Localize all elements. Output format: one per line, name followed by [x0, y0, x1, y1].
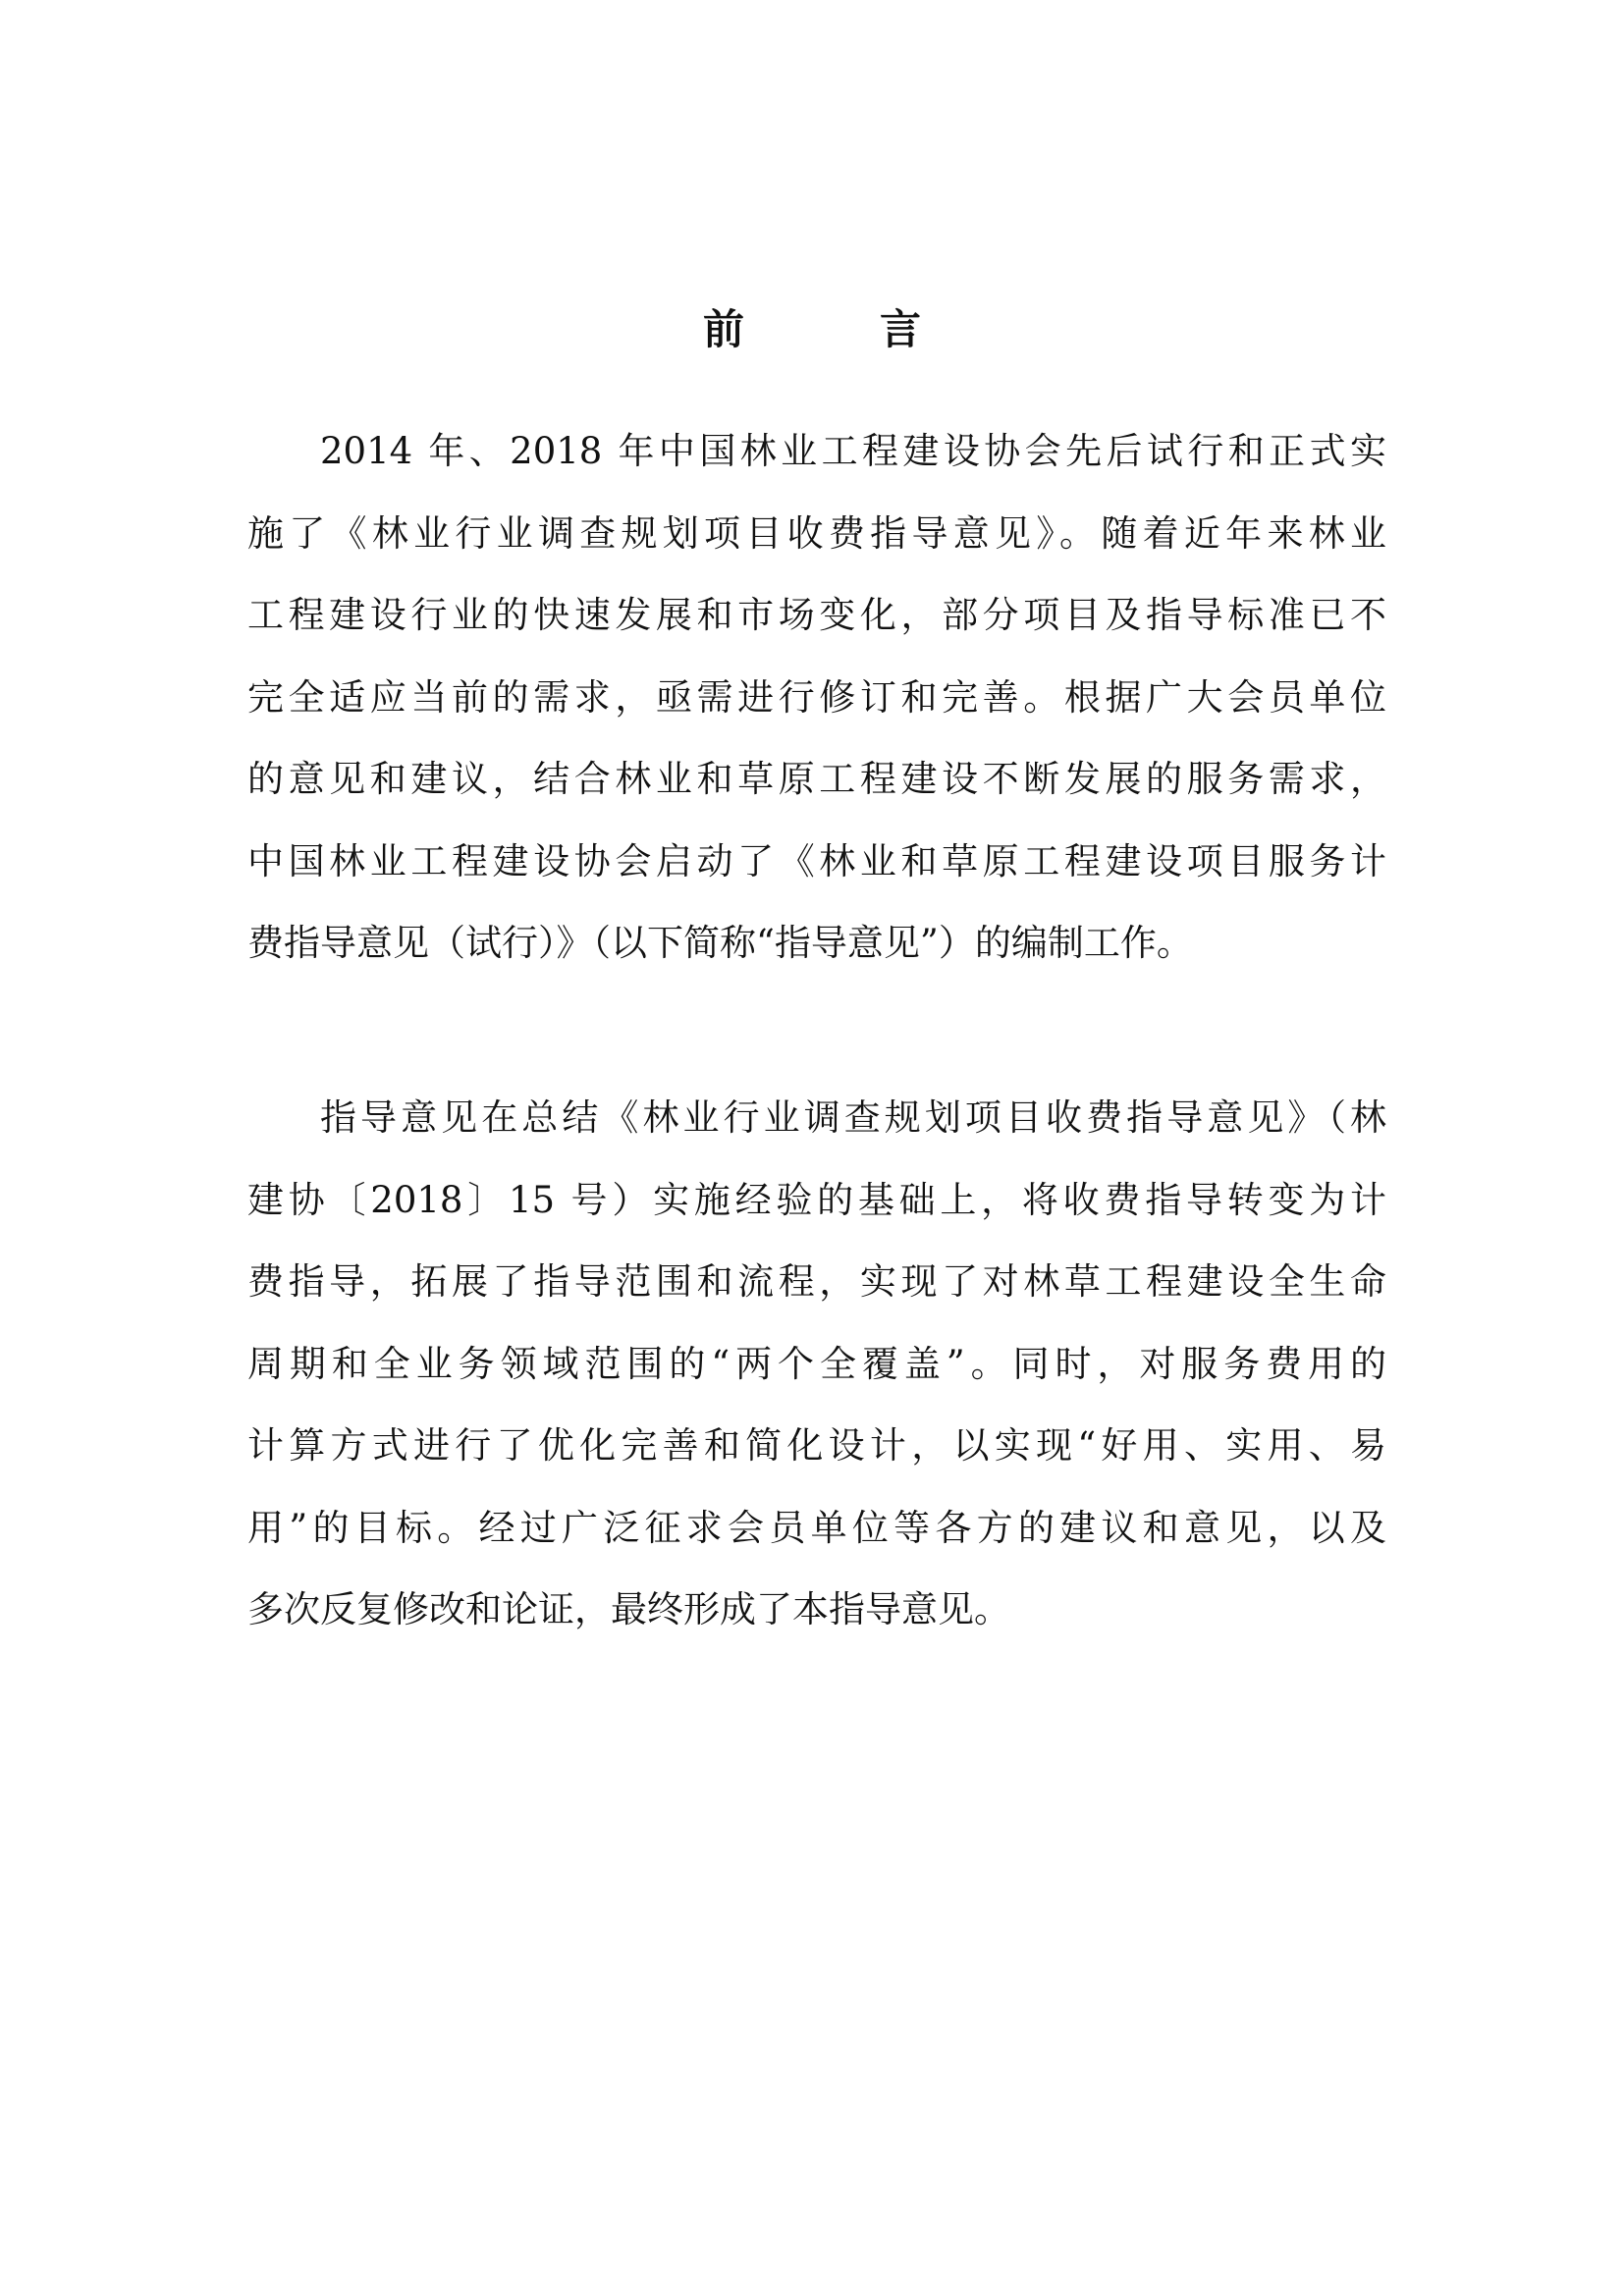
document-page: 前 言 2014 年、2018 年中国林业工程建设协会先后试行和正式实 施了《林…: [0, 0, 1624, 2296]
paragraph-2: 指导意见在总结《林业行业调查规划项目收费指导意见》（林 建协〔2018〕15 号…: [247, 1077, 1386, 1651]
paragraph-line: 多次反复修改和论证，最终形成了本指导意见。: [247, 1569, 1386, 1651]
paragraph-line: 指导意见在总结《林业行业调查规划项目收费指导意见》（林: [247, 1077, 1386, 1159]
paragraph-line: 计算方式进行了优化完善和简化设计，以实现“好用、实用、易: [247, 1405, 1386, 1487]
paragraph-line: 建协〔2018〕15 号）实施经验的基础上，将收费指导转变为计: [247, 1159, 1386, 1242]
paragraph-line: 中国林业工程建设协会启动了《林业和草原工程建设项目服务计: [247, 821, 1386, 903]
paragraph-line: 费指导意见（试行）》（以下简称“指导意见”）的编制工作。: [247, 902, 1386, 985]
paragraph-line: 周期和全业务领域范围的“两个全覆盖”。同时，对服务费用的: [247, 1323, 1386, 1406]
page-title: 前 言: [0, 302, 1624, 357]
paragraph-line: 的意见和建议，结合林业和草原工程建设不断发展的服务需求，: [247, 738, 1386, 821]
paragraph-line: 2014 年、2018 年中国林业工程建设协会先后试行和正式实: [247, 410, 1386, 493]
paragraph-line: 费指导，拓展了指导范围和流程，实现了对林草工程建设全生命: [247, 1241, 1386, 1323]
paragraph-line: 工程建设行业的快速发展和市场变化，部分项目及指导标准已不: [247, 574, 1386, 657]
paragraph-line: 完全适应当前的需求，亟需进行修订和完善。根据广大会员单位: [247, 657, 1386, 739]
paragraph-line: 用”的目标。经过广泛征求会员单位等各方的建议和意见，以及: [247, 1487, 1386, 1570]
paragraph-1: 2014 年、2018 年中国林业工程建设协会先后试行和正式实 施了《林业行业调…: [247, 410, 1386, 985]
paragraph-line: 施了《林业行业调查规划项目收费指导意见》。随着近年来林业: [247, 493, 1386, 575]
